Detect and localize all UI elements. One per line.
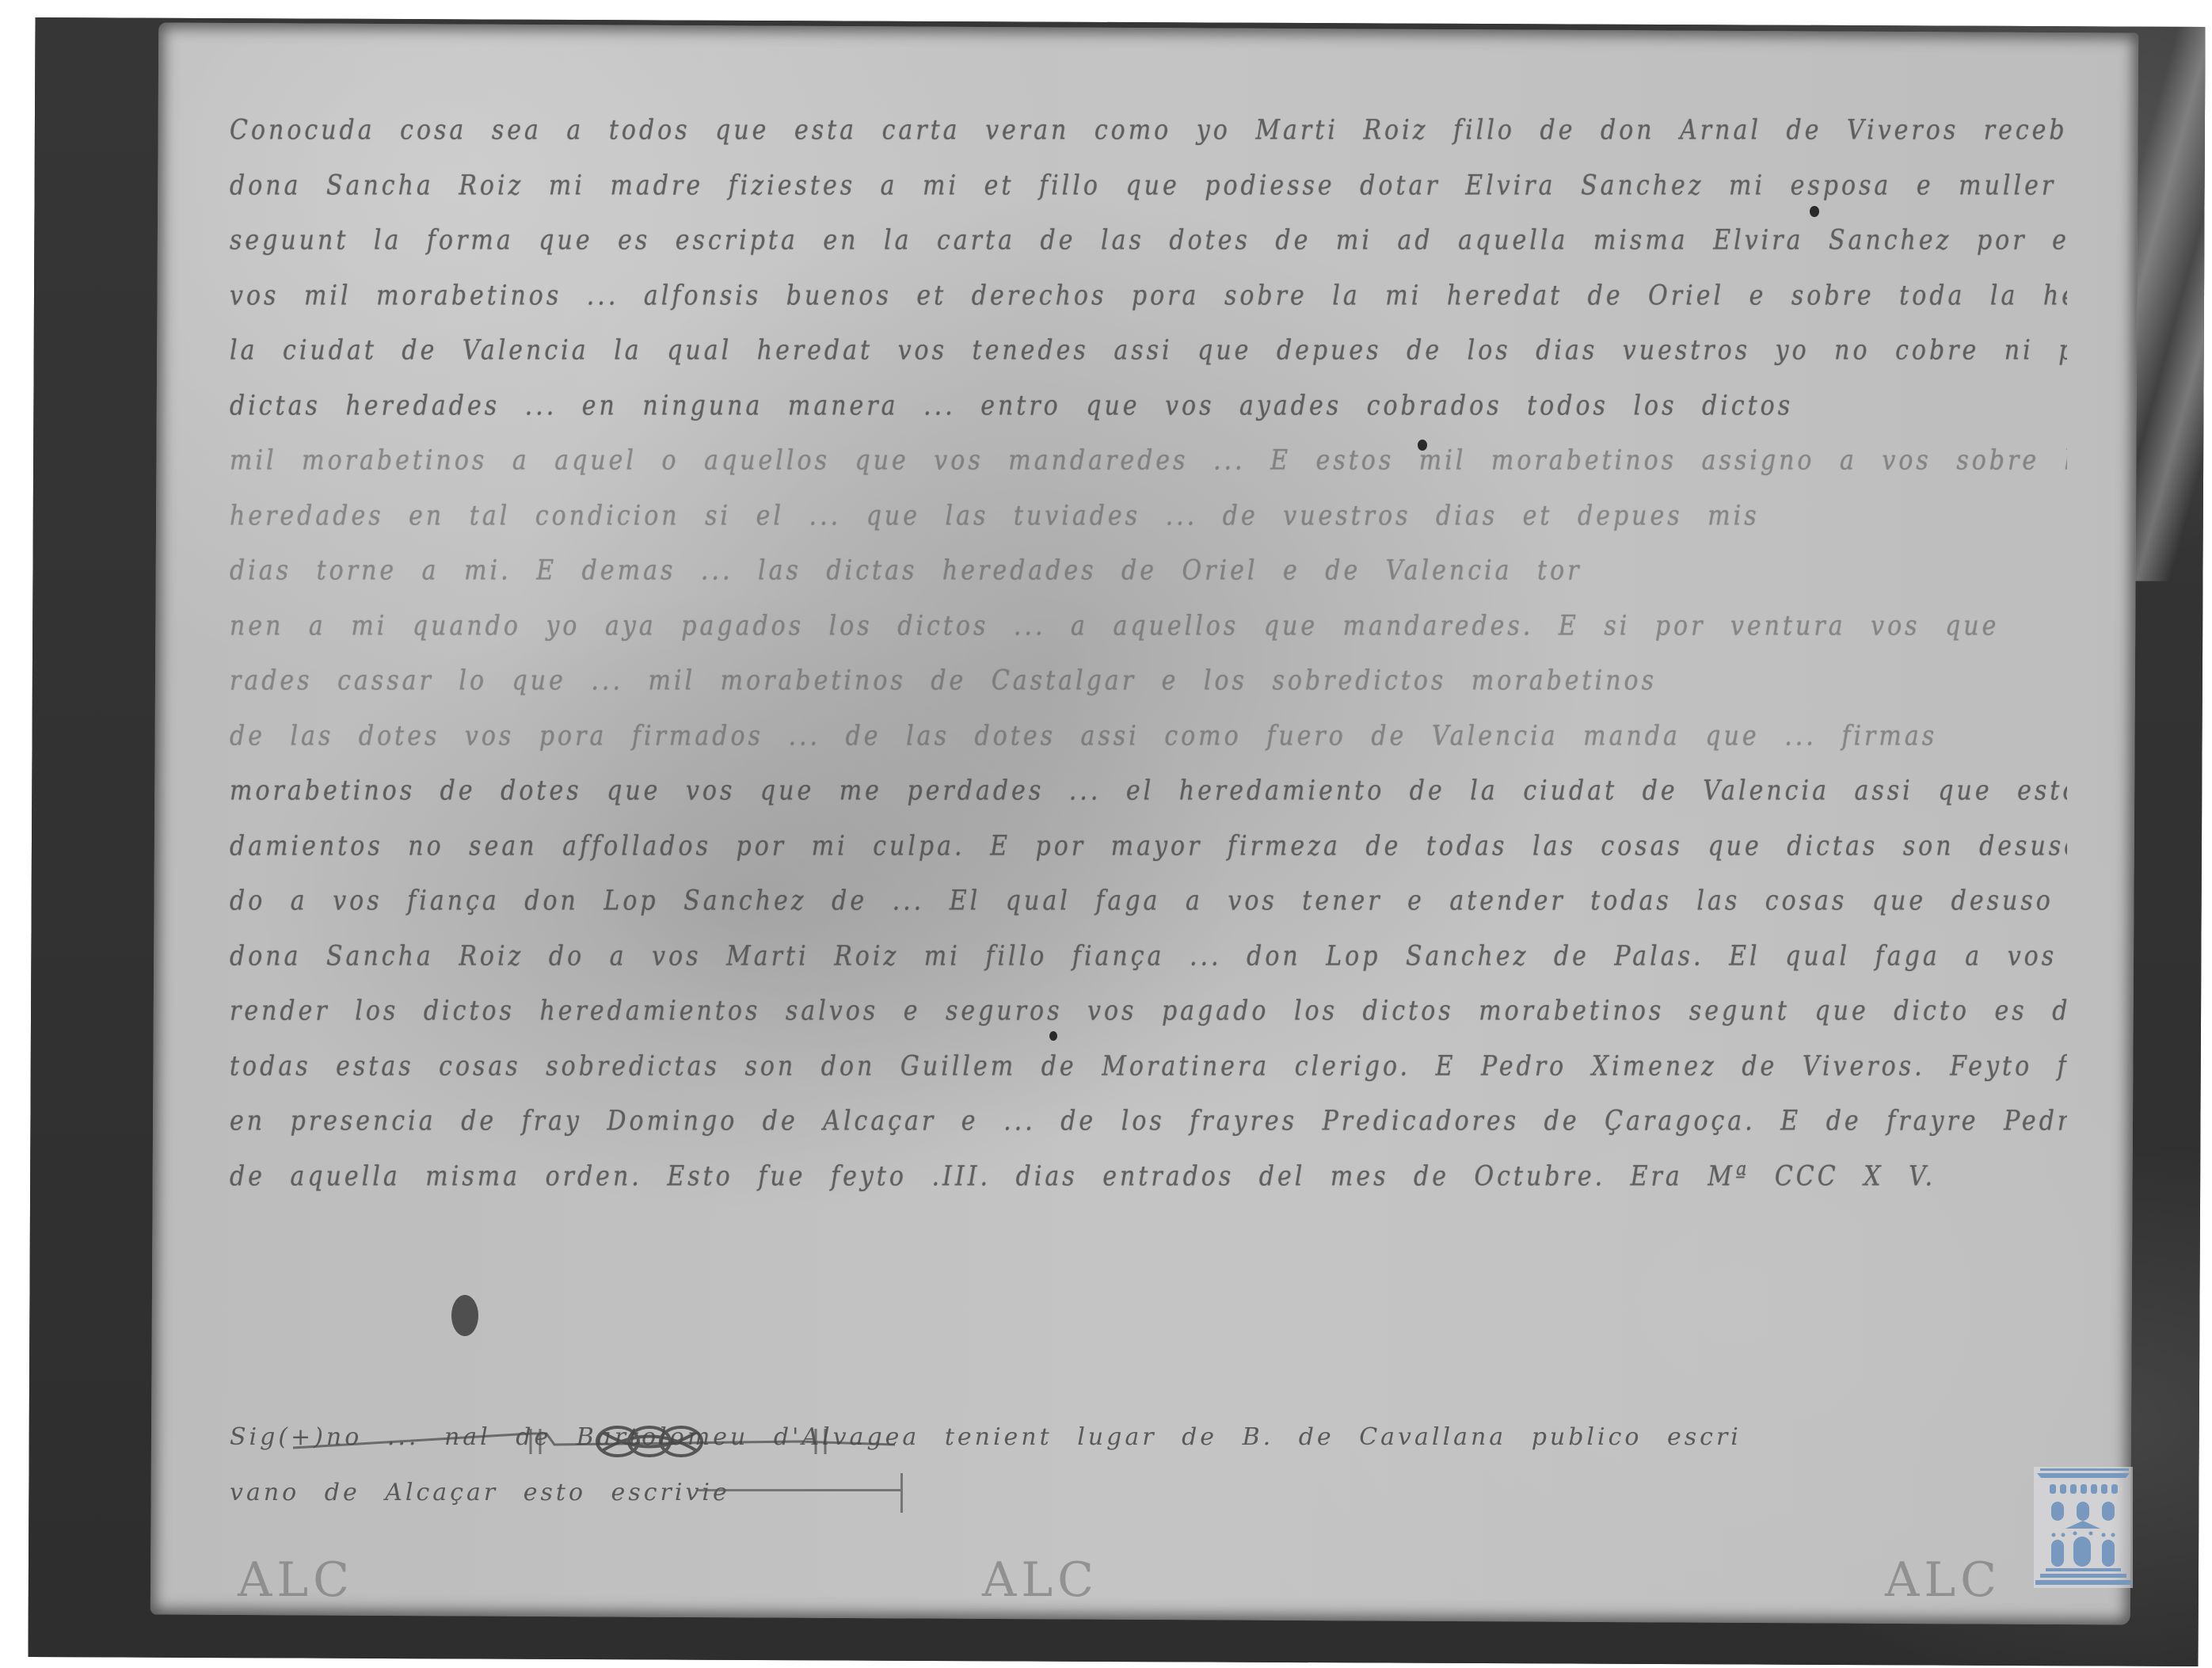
- text-line: nen a mi quando yo aya pagados los dicto…: [230, 594, 2067, 657]
- text-line: rades cassar lo que ... mil morabetinos …: [230, 649, 2067, 713]
- notarial-subscription: Sig(+)no ... nal de Bartolomeu d'Alvagea…: [230, 1410, 2067, 1521]
- text-line: seguunt la forma que es escripta en la c…: [230, 209, 2067, 272]
- ink-dot: [1418, 440, 1427, 451]
- text-line: mil morabetinos a aquel o aquellos que v…: [230, 429, 2067, 493]
- text-line: heredades en tal condicion si el ... que…: [230, 484, 2067, 547]
- text-line: de las dotes vos pora firmados ... de la…: [230, 704, 2067, 767]
- chirograph-mark: ALC: [238, 1552, 354, 1608]
- text-line: vos mil morabetinos ... alfonsis buenos …: [230, 264, 2067, 327]
- text-line: do a vos fiança don Lop Sanchez de ... E…: [230, 870, 2067, 933]
- text-line: Conocuda cosa sea a todos que esta carta…: [230, 99, 2067, 162]
- subscription-line: vano de Alcaçar esto escrivie: [230, 1465, 2067, 1521]
- text-line: dona Sancha Roiz mi madre fiziestes a mi…: [230, 154, 2067, 217]
- frame-crease: [2131, 27, 2205, 581]
- university-building-emblem-icon: [2034, 1467, 2133, 1588]
- charter-text-body: Conocuda cosa sea a todos que esta carta…: [230, 103, 2067, 1204]
- chirograph-mark: ALC: [1885, 1552, 2001, 1608]
- text-line: morabetinos de dotes que vos que me perd…: [230, 760, 2067, 823]
- text-line: dictas heredades ... en ninguna manera .…: [230, 374, 2067, 437]
- text-line: la ciudat de Valencia la qual heredat vo…: [230, 319, 2067, 383]
- ink-blot: [451, 1295, 478, 1336]
- ink-dot: [1810, 206, 1819, 217]
- text-line: todas estas cosas sobredictas son don Gu…: [230, 1034, 2067, 1098]
- subscription-line: Sig(+)no ... nal de Bartolomeu d'Alvagea…: [230, 1410, 2067, 1465]
- text-line: dona Sancha Roiz do a vos Marti Roiz mi …: [230, 924, 2067, 988]
- text-line: en presencia de fray Domingo de Alcaçar …: [230, 1090, 2067, 1153]
- text-line: render los dictos heredamientos salvos e…: [230, 980, 2067, 1043]
- chirograph-mark: ALC: [982, 1552, 1098, 1608]
- text-line: de aquella misma orden. Esto fue feyto .…: [230, 1144, 2067, 1208]
- text-line: damientos no sean affollados por mi culp…: [230, 814, 2067, 878]
- text-line: dias torne a mi. E demas ... las dictas …: [230, 539, 2067, 603]
- ruled-line: [697, 1489, 903, 1491]
- watermark-logo: [2034, 1467, 2133, 1588]
- ink-dot: [1049, 1031, 1057, 1041]
